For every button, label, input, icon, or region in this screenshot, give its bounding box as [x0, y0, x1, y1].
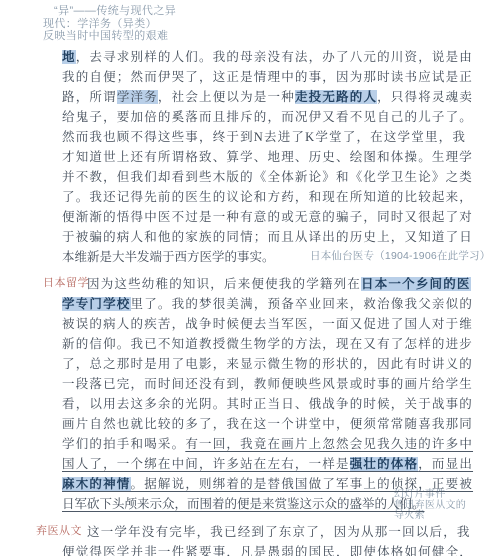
highlighted-key-term: 走投无路的人 [295, 90, 377, 104]
highlighted-text: 学洋务 [117, 90, 158, 104]
text-line: 并不教，但我们却看到些木版的《全体新论》和《化学卫生论》之类 [62, 167, 462, 187]
highlighted-key-term: 学专门学校 [62, 297, 131, 311]
body-text: 被误的病人的疾苦，战争时候便去当军医，一面又促进了国人对于维 [62, 317, 473, 331]
text-line: 本维新是大半发端于西方医学的事实。 [62, 247, 462, 267]
text-line: 被误的病人的疾苦，战争时候便去当军医，一面又促进了国人对于维 [62, 314, 462, 334]
annotation-top-line-2: 现代：学洋务（异类） [43, 18, 176, 31]
highlighted-key-term: 地 [62, 50, 76, 64]
body-text: 便觉得医学并非一件紧要事，凡是愚弱的国民，即使体格如何健全， [62, 545, 473, 556]
body-text: 才知道世上还有所谓格致、算学、地理、历史、绘图和体操。生理学 [62, 150, 473, 164]
body-text: 我的自便；然而伊哭了，这正是情理中的事，因为那时读书应试是正 [62, 70, 473, 84]
text-line: 了，总之那时是用了电影，来显示微生物的形状的，因此有时讲义的 [62, 354, 462, 374]
body-text: ，只得将灵魂卖 [377, 90, 473, 104]
text-line: 了。我还记得先前的医生的议论和方药，和现在所知道的比较起来， [62, 187, 462, 207]
annotation-top-line-1: “异”——传统与现代之异 [43, 5, 176, 18]
document-page: “异”——传统与现代之异 现代：学洋务（异类） 反映当时中国转型的艰难 日本留学… [0, 0, 500, 556]
annotation-top-note: “异”——传统与现代之异 现代：学洋务（异类） 反映当时中国转型的艰难 [43, 5, 176, 43]
text-line: 地，去寻求别样的人们。我的母亲没有法，办了八元的川资，说是由 [62, 47, 462, 67]
underlined-text: 。据解说，则绑着的是替俄国做了军事上的侦探，正要被 [131, 477, 474, 491]
underlined-text: 有一回，我竟在画片上忽然会见我久违的许多中 [185, 437, 473, 451]
text-line: 日军砍下头颅来示众，而围着的便是来赏鉴这示众的盛举的人们。 [62, 494, 462, 514]
body-text: ，社会上便以为是一种 [158, 90, 295, 104]
body-text: 画片自然也就比较的多了，我在这一个讲堂中，便须常常随喜我那同 [62, 417, 473, 431]
body-text: 了，总之那时是用了电影，来显示微生物的形状的，因此有时讲义的 [62, 357, 473, 371]
underlined-text: 日军砍下头颅来示众，而围着的便是来赏鉴这示众的盛举的人们。 [62, 497, 425, 511]
underlined-text: 国人了，一个绑在中间，许多站在左右，一样是 [62, 457, 350, 471]
text-line: 这一学年没有完毕，我已经到了东京了，因为从那一回以后，我 [62, 522, 462, 542]
text-line: 路，所谓学洋务，社会上便以为是一种走投无路的人，只得将灵魂卖 [62, 87, 462, 107]
body-text: 于被骗的病人和他的家族的同情；而且从译出的历史上，又知道了日 [62, 230, 473, 244]
body-text: 新的信仰。我已不知道教授微生物学的方法，现在又有了怎样的进步 [62, 337, 473, 351]
highlighted-key-term: 日本一个乡间的医 [361, 277, 471, 291]
text-line: 于被骗的病人和他的家族的同情；而且从译出的历史上，又知道了日 [62, 227, 462, 247]
text-line: 学专门学校里了。我的梦很美满，预备卒业回来，救治像我父亲似的 [62, 294, 462, 314]
underlined-highlighted-key-term: 麻木的神情 [62, 477, 131, 491]
body-text: 看，以用去这多余的光阴。其时正当日、俄战争的时候，关于战事的 [62, 397, 473, 411]
body-text: ，去寻求别样的人们。我的母亲没有法，办了八元的川资，说是由 [76, 50, 473, 64]
text-line: 新的信仰。我已不知道教授微生物学的方法，现在又有了怎样的进步 [62, 334, 462, 354]
body-text: 给鬼子，要加倍的奚落而且排斥的，而况伊又看不见自己的儿子了。 [62, 110, 473, 124]
paragraph-study-medicine: 因为这些幼稚的知识，后来便使我的学籍列在日本一个乡间的医学专门学校里了。我的梦很… [62, 274, 462, 514]
text-line: 然而我也顾不得这些事，终于到N去进了K学堂了，在这学堂里，我 [62, 127, 462, 147]
body-text: 路，所谓 [62, 90, 117, 104]
text-line: 画片自然也就比较的多了，我在这一个讲堂中，便须常常随喜我那同 [62, 414, 462, 434]
paragraph-seek-other-ways: 地，去寻求别样的人们。我的母亲没有法，办了八元的川资，说是由我的自便；然而伊哭了… [62, 47, 462, 267]
body-text: 因为这些幼稚的知识，后来便使我的学籍列在 [87, 277, 361, 291]
body-text: 本维新是大半发端于西方医学的事实。 [62, 250, 275, 264]
underlined-highlighted-key-term: 强壮的体格 [350, 457, 419, 471]
paragraph-leave-for-tokyo: 这一学年没有完毕，我已经到了东京了，因为从那一回以后，我便觉得医学并非一件紧要事… [62, 522, 462, 556]
text-line: 才知道世上还有所谓格致、算学、地理、历史、绘图和体操。生理学 [62, 147, 462, 167]
body-text: 这一学年没有完毕，我已经到了东京了，因为从那一回以后，我 [87, 525, 471, 539]
text-line: 因为这些幼稚的知识，后来便使我的学籍列在日本一个乡间的医 [62, 274, 462, 294]
body-text: 然而我也顾不得这些事，终于到N去进了K学堂了，在这学堂里，我 [62, 130, 466, 144]
text-line: 看，以用去这多余的光阴。其时正当日、俄战争的时候，关于战事的 [62, 394, 462, 414]
text-line: 麻木的神情。据解说，则绑着的是替俄国做了军事上的侦探，正要被 [62, 474, 462, 494]
body-text: 便渐渐的悟得中医不过是一种有意的或无意的骗子，同时又很起了对 [62, 210, 473, 224]
text-line: 我的自便；然而伊哭了，这正是情理中的事，因为那时读书应试是正 [62, 67, 462, 87]
body-text: 了。我还记得先前的医生的议论和方药，和现在所知道的比较起来， [62, 190, 473, 204]
text-line: 国人了，一个绑在中间，许多站在左右，一样是强壮的体格，而显出 [62, 454, 462, 474]
text-line: 学们的拍手和喝采。有一回，我竟在画片上忽然会见我久违的许多中 [62, 434, 462, 454]
body-text: 里了。我的梦很美满，预备卒业回来，救治像我父亲似的 [131, 297, 474, 311]
text-line: 便渐渐的悟得中医不过是一种有意的或无意的骗子，同时又很起了对 [62, 207, 462, 227]
underlined-text: ，而显出 [418, 457, 473, 471]
text-line: 便觉得医学并非一件紧要事，凡是愚弱的国民，即使体格如何健全， [62, 542, 462, 556]
body-text: 并不教，但我们却看到些木版的《全体新论》和《化学卫生论》之类 [62, 170, 473, 184]
text-line: 给鬼子，要加倍的奚落而且排斥的，而况伊又看不见自己的儿子了。 [62, 107, 462, 127]
text-line: 一段落已完，而时间还没有到，教师便映些风景或时事的画片给学生 [62, 374, 462, 394]
body-text: 一段落已完，而时间还没有到，教师便映些风景或时事的画片给学生 [62, 377, 473, 391]
annotation-top-line-3: 反映当时中国转型的艰难 [43, 30, 176, 43]
body-text: 学们的拍手和喝采。 [62, 437, 185, 451]
